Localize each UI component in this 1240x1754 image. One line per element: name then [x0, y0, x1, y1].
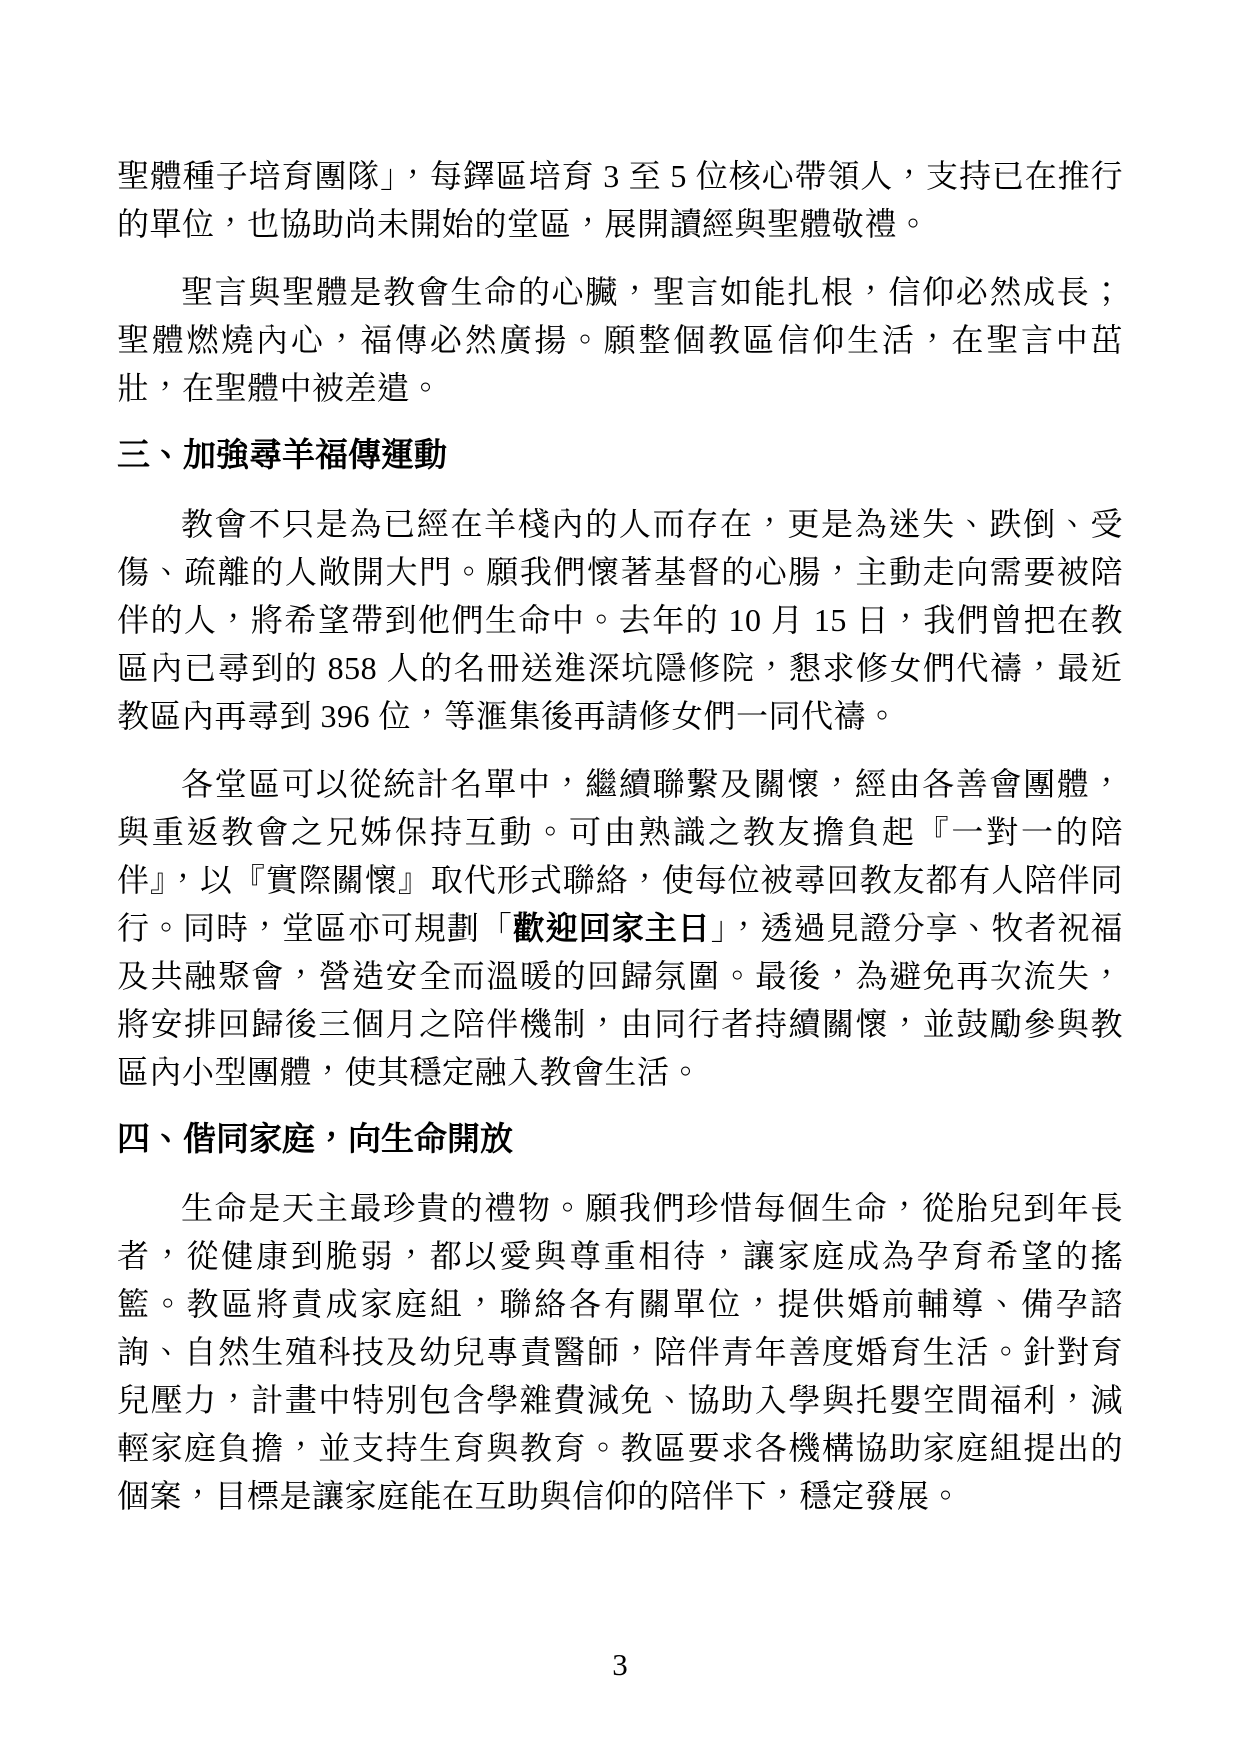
welcome-home-sunday-bold-text: 歡迎回家主日	[513, 910, 711, 946]
paragraph-continuation: 聖體種子培育團隊」，每鐸區培育 3 至 5 位核心帶領人，支持已在推行的單位，也…	[117, 152, 1123, 248]
page-number: 3	[0, 1645, 1240, 1685]
section-3-heading: 三、加強尋羊福傳運動	[117, 432, 1123, 480]
document-page: 聖體種子培育團隊」，每鐸區培育 3 至 5 位核心帶領人，支持已在推行的單位，也…	[0, 0, 1240, 1754]
section-4-paragraph-1: 生命是天主最珍貴的禮物。願我們珍惜每個生命，從胎兒到年長者，從健康到脆弱，都以愛…	[117, 1184, 1123, 1520]
section-3-paragraph-1: 教會不只是為已經在羊棧內的人而存在，更是為迷失、跌倒、受傷、疏離的人敞開大門。願…	[117, 500, 1123, 740]
section-3-paragraph-2: 各堂區可以從統計名單中，繼續聯繫及關懷，經由各善會團體，與重返教會之兄姊保持互動…	[117, 760, 1123, 1096]
document-body: 聖體種子培育團隊」，每鐸區培育 3 至 5 位核心帶領人，支持已在推行的單位，也…	[117, 152, 1123, 1540]
paragraph-word-eucharist: 聖言與聖體是教會生命的心臟，聖言如能扎根，信仰必然成長；聖體燃燒內心，福傳必然廣…	[117, 268, 1123, 412]
section-4-heading: 四、偕同家庭，向生命開放	[117, 1116, 1123, 1164]
